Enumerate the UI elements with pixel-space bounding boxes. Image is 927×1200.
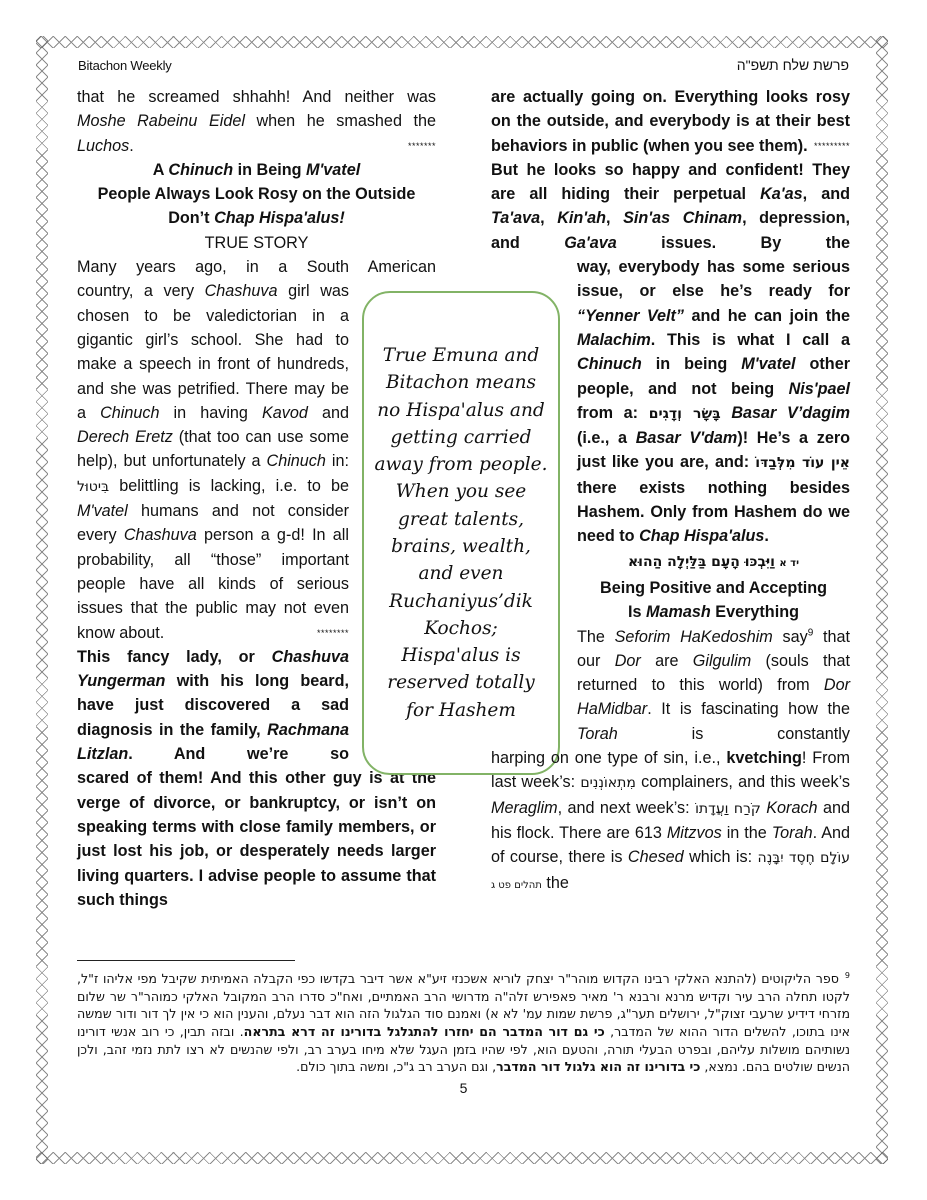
article-heading: Is Mamash Everything (577, 600, 850, 624)
article-heading: A Chinuch in Being M'vatel (77, 158, 436, 182)
article-heading: People Always Look Rosy on the Outside (77, 182, 436, 206)
hebrew-term: מִתְאוֹנְנִים (580, 775, 636, 791)
article-subheading: TRUE STORY (77, 231, 436, 255)
footnote-number: 9 (845, 971, 850, 980)
parsha-title: פרשת שלח תשפ"ה (737, 57, 849, 73)
border-bottom (36, 1152, 888, 1164)
section-separator: ********* (814, 134, 850, 158)
paragraph: The Seforim HaKedoshim say9 that our Dor… (577, 625, 850, 746)
section-separator: ******* (408, 134, 436, 158)
page-number: 5 (0, 1080, 927, 1096)
border-right (876, 36, 888, 1164)
hebrew-term: קֹרַח וַעֲדָתוֹ (695, 801, 761, 817)
paragraph: country, a very Chashuva girl was chosen… (77, 279, 349, 644)
right-column: are actually going on. Everything looks … (491, 85, 850, 898)
paragraph: scared of them! And this other guy is at… (77, 766, 436, 912)
hebrew-verse-heading: וַיִּבְכּוּ הָעָם בַּלַּיְלָה הַהוּא יד … (577, 549, 850, 576)
paragraph: are actually going on. Everything looks … (491, 85, 850, 158)
border-left (36, 36, 48, 1164)
hebrew-term: בָּשָׂר וְדָגִים (649, 406, 721, 422)
paragraph: But he looks so happy and confident! The… (491, 158, 850, 255)
article-heading: Being Positive and Accepting (577, 576, 850, 600)
footnote: 9ספר הליקוטים (להתנא האלקי רבינו הקדוש מ… (77, 967, 850, 1076)
paragraph: that he screamed shhahh! And neither was… (77, 85, 436, 158)
hebrew-term: אֵין עוֹד מִלְּבַדּוֹ (755, 455, 850, 471)
paragraph: This fancy lady, or Chashuva Yungerman w… (77, 645, 349, 766)
border-top (36, 36, 888, 48)
footnote-separator (77, 960, 295, 961)
article-heading: Don’t Chap Hispa'alus! (77, 206, 436, 230)
paragraph: harping on one type of sin, i.e., kvetch… (491, 746, 850, 898)
hebrew-term: עוֹלָם חֶסֶד יִבָּנֶה (758, 850, 850, 866)
paragraph: way, everybody has some serious issue, o… (577, 255, 850, 549)
paragraph: Many years ago, in a South American (77, 255, 436, 279)
section-separator: ******** (317, 621, 349, 645)
hebrew-term: בִּיטוּל (77, 479, 109, 495)
newsletter-title: Bitachon Weekly (78, 58, 172, 73)
